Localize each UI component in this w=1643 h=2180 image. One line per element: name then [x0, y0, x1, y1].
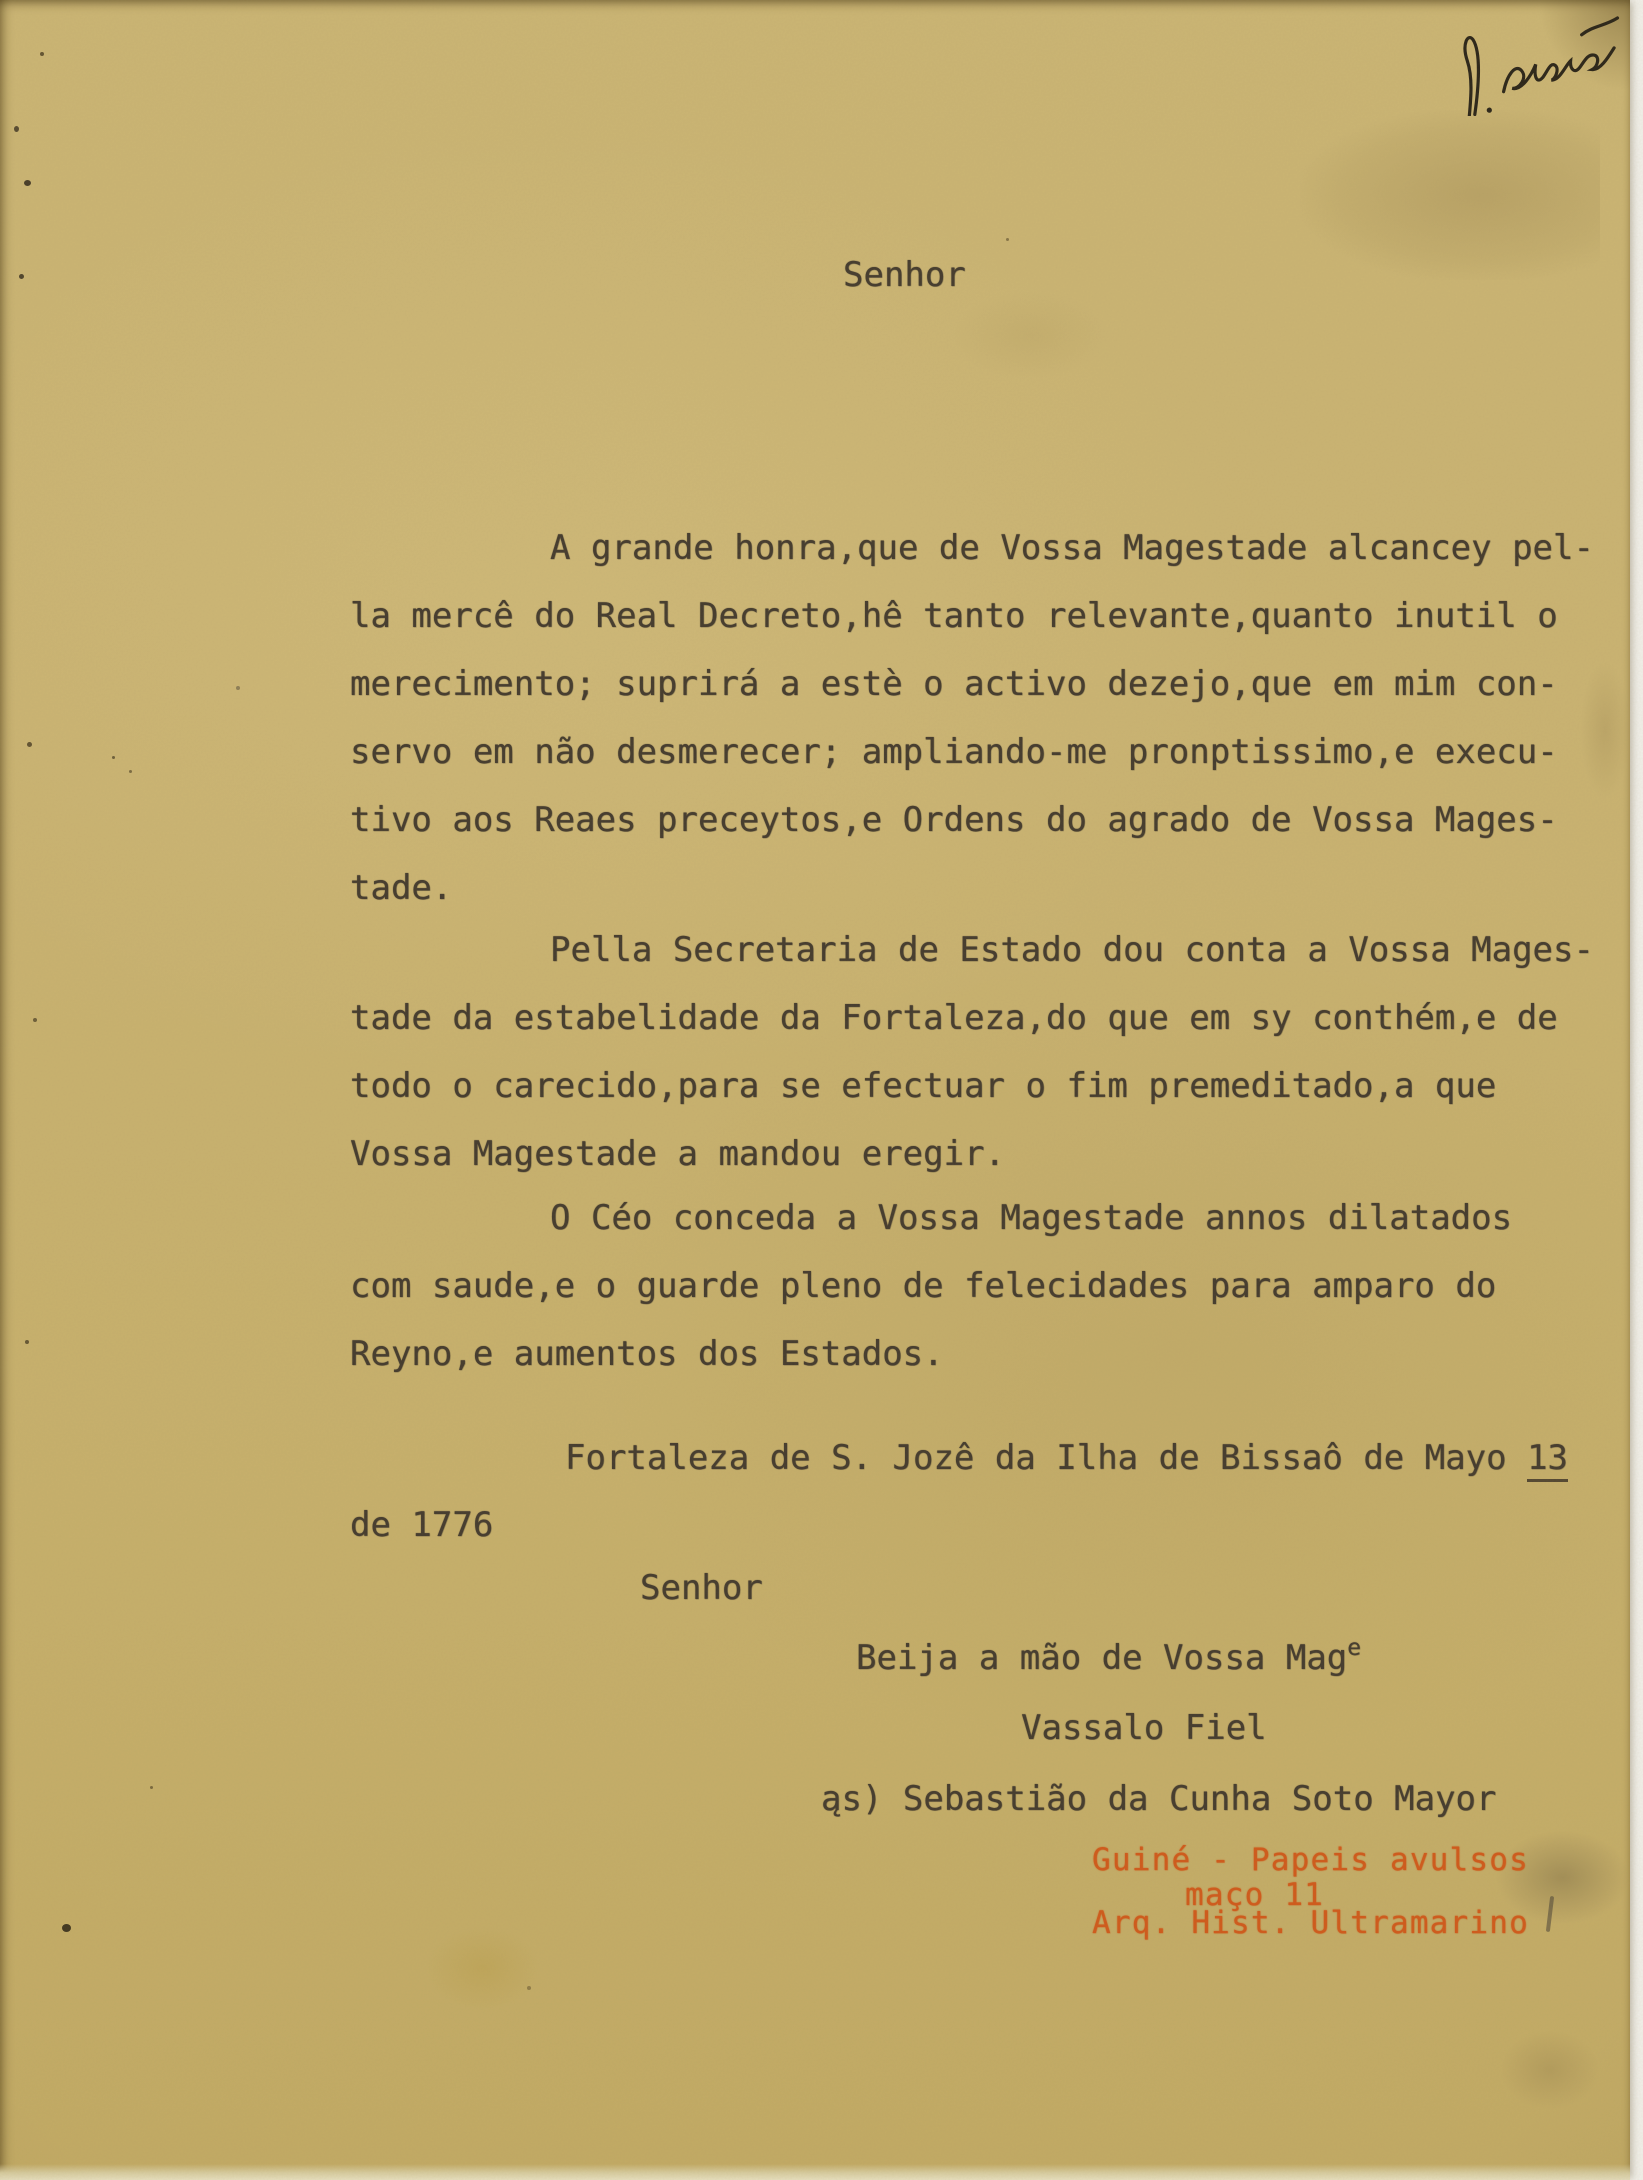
pencil-mark	[1546, 1896, 1554, 1932]
dateline-year: de 1776	[350, 1491, 493, 1559]
paper-speck	[150, 1786, 153, 1789]
scanned-letter: Senhor A grande honra,que de Vossa Mages…	[0, 0, 1643, 2180]
closing-courtesy: Beija a mão de Vossa Mage	[856, 1624, 1361, 1696]
paper-speck	[33, 1018, 37, 1022]
body-paragraph-1: A grande honra,que de Vossa Magestade al…	[350, 514, 1594, 922]
dateline-day-underlined: 13	[1527, 1438, 1568, 1482]
paper-speck	[14, 126, 19, 132]
paper-speck	[112, 756, 115, 759]
paper-stain	[1300, 110, 1600, 280]
closing-courtesy-superscript: e	[1347, 1635, 1361, 1661]
signature-line: ąs) Sebastião da Cunha Soto Mayor	[821, 1765, 1497, 1833]
paper-speck	[62, 1924, 71, 1932]
paper-speck	[19, 274, 24, 279]
paper-speck	[40, 52, 44, 56]
paper-speck	[129, 770, 132, 773]
body-paragraph-3: O Céo conceda a Vossa Magestade annos di…	[350, 1184, 1512, 1388]
paper-stain	[1540, 0, 1630, 90]
handwritten-initials-ink	[1438, 16, 1638, 116]
dateline: Fortaleza de S. Jozê da Ilha de Bissaô d…	[565, 1424, 1568, 1492]
archive-stamp-line-1: Guiné - Papeis avulsos	[1092, 1842, 1529, 1878]
paper-speck	[24, 180, 31, 186]
closing-courtesy-text: Beija a mão de Vossa Mag	[856, 1638, 1347, 1678]
salutation-heading: Senhor	[843, 241, 966, 309]
paper-speck	[27, 742, 32, 747]
paper-bottom-edge	[0, 2164, 1630, 2180]
paper-speck	[1006, 238, 1009, 241]
letter-paper: Senhor A grande honra,que de Vossa Mages…	[0, 0, 1630, 2180]
closing-vassal: Vassalo Fiel	[1021, 1694, 1267, 1762]
paper-stain	[950, 290, 1110, 380]
body-paragraph-2: Pella Secretaria de Estado dou conta a V…	[350, 916, 1594, 1188]
closing-salute: Senhor	[640, 1554, 763, 1622]
archive-stamp-line-3: Arq. Hist. Ultramarino	[1092, 1905, 1529, 1941]
paper-stain	[1500, 2030, 1600, 2110]
paper-speck	[236, 686, 240, 690]
paper-stain	[425, 1925, 540, 2010]
paper-speck	[527, 1986, 531, 1990]
paper-speck	[25, 1340, 29, 1344]
dateline-place: Fortaleza de S. Jozê da Ilha de Bissaô d…	[565, 1438, 1527, 1478]
